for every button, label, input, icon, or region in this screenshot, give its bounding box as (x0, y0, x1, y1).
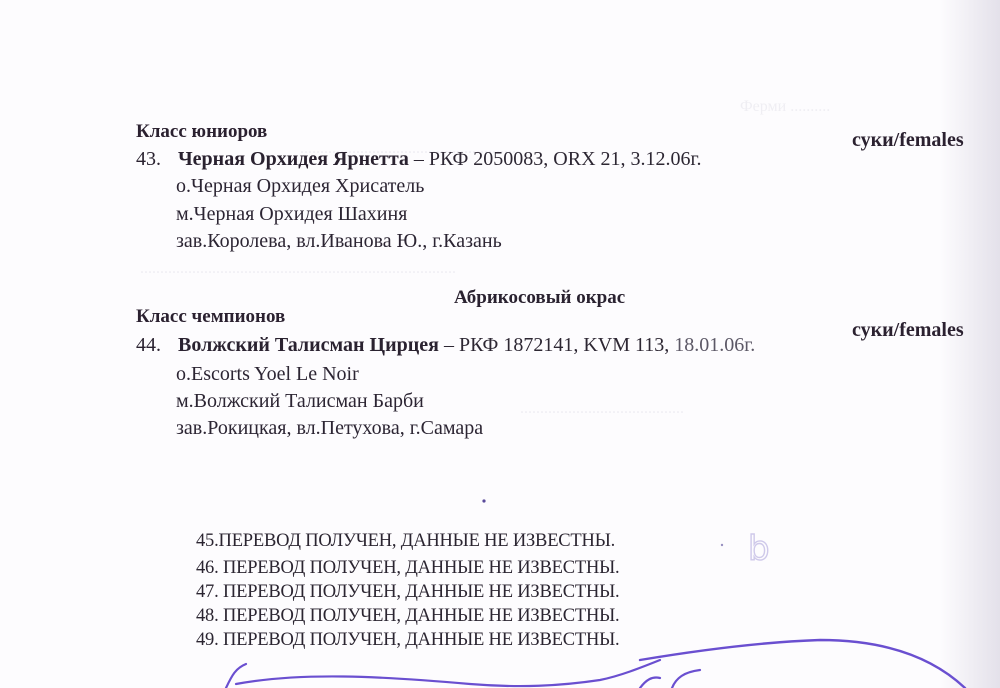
registration-numbers: – РКФ 1872141, KVM 113, (444, 334, 674, 356)
pen-signature-stroke (226, 660, 660, 688)
ink-dot (721, 544, 723, 546)
entry-number: 46. (196, 558, 223, 578)
dam: м.Волжский Талисман Барби (176, 389, 424, 413)
entry-text: ПЕРЕВОД ПОЛУЧЕН, ДАННЫЕ НЕ ИЗВЕСТНЫ. (223, 606, 620, 626)
breeder-owner: зав.Рокицкая, вл.Петухова, г.Самара (176, 416, 483, 440)
dog-name: Черная Орхидея Ярнетта (178, 148, 409, 170)
bleed-through-text: ........................................… (140, 260, 456, 278)
entry-number: 47. (196, 582, 223, 602)
sex-label: суки/females (852, 318, 964, 342)
dam: м.Черная Орхидея Шахиня (176, 202, 407, 226)
transfer-entry-47: 47. ПЕРЕВОД ПОЛУЧЕН, ДАННЫЕ НЕ ИЗВЕСТНЫ. (196, 580, 619, 604)
entry-number: 48. (196, 606, 223, 626)
breeder-owner: зав.Королева, вл.Иванова Ю., г.Казань (176, 229, 502, 253)
registration-info: – РКФ 2050083, ORX 21, 3.12.06г. (414, 148, 702, 170)
bleed-through-text: ........................................… (520, 400, 684, 418)
transfer-entry-46: 46. ПЕРЕВОД ПОЛУЧЕН, ДАННЫЕ НЕ ИЗВЕСТНЫ. (196, 556, 619, 580)
pen-signature-stroke (640, 670, 700, 688)
entry-number: 49. (196, 630, 223, 650)
transfer-entry-49: 49. ПЕРЕВОД ПОЛУЧЕН, ДАННЫЕ НЕ ИЗВЕСТНЫ. (196, 628, 619, 652)
entry-text: ПЕРЕВОД ПОЛУЧЕН, ДАННЫЕ НЕ ИЗВЕСТНЫ. (223, 558, 620, 578)
entry-text: ПЕРЕВОД ПОЛУЧЕН, ДАННЫЕ НЕ ИЗВЕСТНЫ. (219, 531, 616, 551)
entry-number: 44. (136, 333, 178, 357)
bleed-through-text: Ферми .......... (740, 98, 830, 116)
margin-letter-b: b (748, 529, 770, 569)
catalog-entry-44: 44.Волжский Талисман Цирцея – РКФ 187214… (136, 333, 755, 357)
class-heading-champions: Класс чемпионов (136, 305, 285, 329)
ink-dot (482, 499, 485, 502)
entry-text: ПЕРЕВОД ПОЛУЧЕН, ДАННЫЕ НЕ ИЗВЕСТНЫ. (223, 582, 620, 602)
color-heading: Абрикосовый окрас (454, 286, 625, 310)
class-heading-juniors: Класс юниоров (136, 120, 267, 144)
sex-label: суки/females (852, 128, 964, 152)
entry-number: 45. (196, 531, 219, 551)
catalog-entry-43: 43.Черная Орхидея Ярнетта – РКФ 2050083,… (136, 147, 701, 171)
transfer-entry-45: 45.ПЕРЕВОД ПОЛУЧЕН, ДАННЫЕ НЕ ИЗВЕСТНЫ. (196, 529, 615, 553)
entry-text: ПЕРЕВОД ПОЛУЧЕН, ДАННЫЕ НЕ ИЗВЕСТНЫ. (223, 630, 620, 650)
entry-number: 43. (136, 147, 178, 171)
sire: о.Черная Орхидея Хрисатель (176, 174, 424, 198)
registration-info: – РКФ 1872141, KVM 113, 18.01.06г. (444, 334, 755, 356)
transfer-entry-48: 48. ПЕРЕВОД ПОЛУЧЕН, ДАННЫЕ НЕ ИЗВЕСТНЫ. (196, 604, 619, 628)
dog-name: Волжский Талисман Цирцея (178, 334, 439, 356)
birth-date: 18.01.06г. (674, 334, 755, 356)
scanned-page: Ферми .......... .......................… (0, 0, 1000, 688)
sire: о.Escorts Yoel Le Noir (176, 362, 359, 386)
pen-underline-stroke (640, 640, 965, 688)
